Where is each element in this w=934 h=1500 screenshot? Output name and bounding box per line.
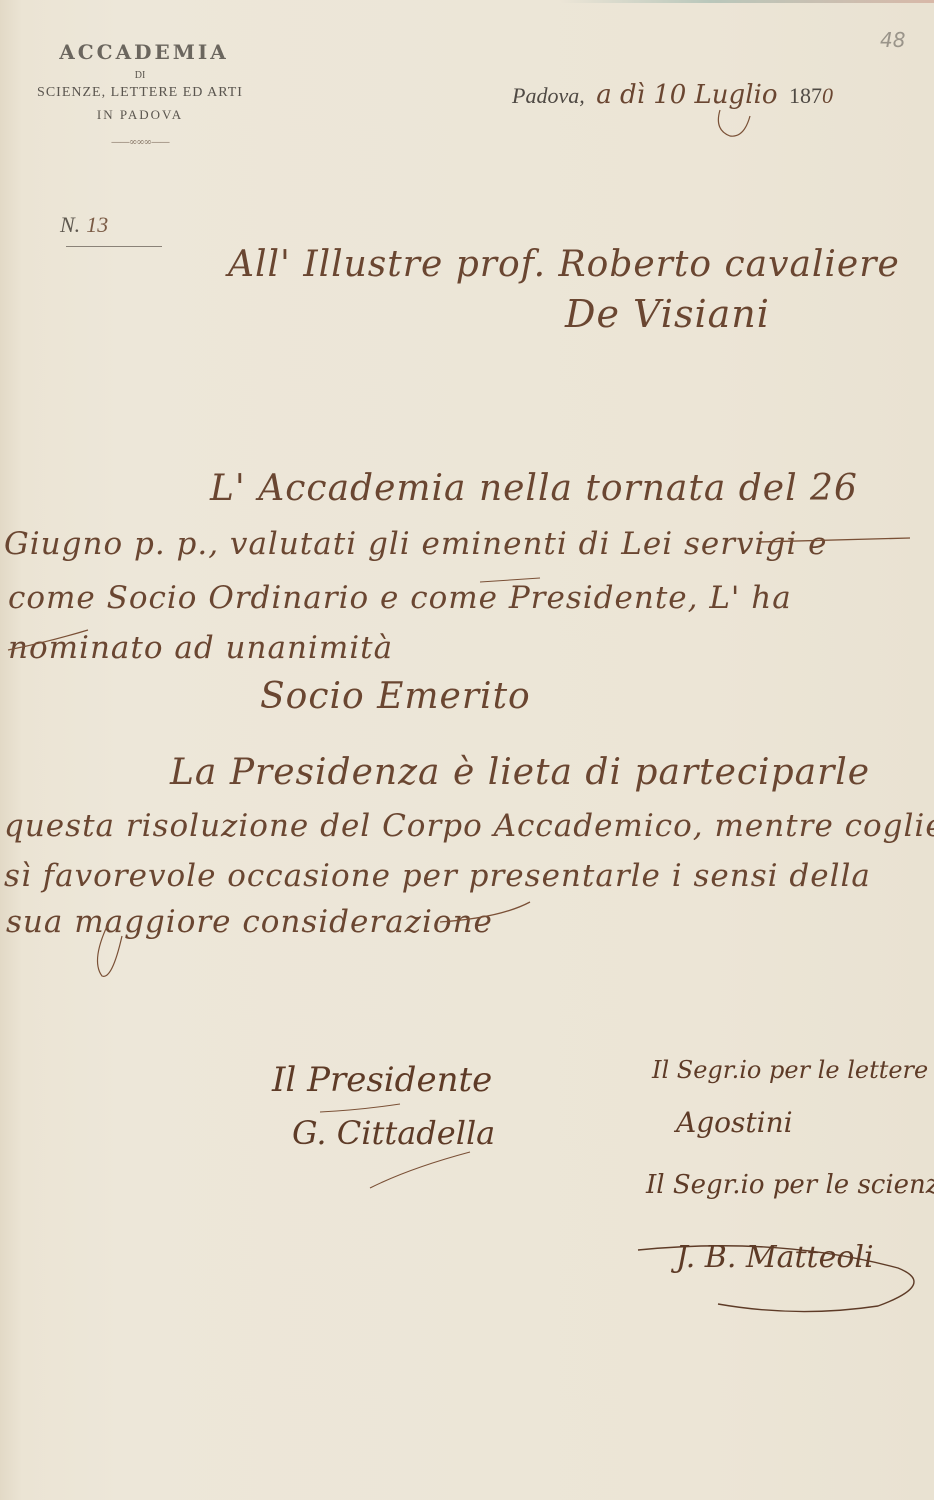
dateline-year-handwritten: 0 — [822, 83, 833, 108]
secretary-letters-title: Il Segr.io per le lettere — [652, 1056, 928, 1084]
protocol-value: 13 — [86, 212, 108, 237]
secretary-sciences-title: Il Segr.io per le scienze — [646, 1170, 934, 1200]
president-title: Il Presidente — [272, 1060, 492, 1100]
dateline-date: a dì 10 Luglio — [596, 80, 777, 110]
dateline-place: Padova, — [512, 83, 585, 108]
body-line-7: questa risoluzione del Corpo Accademico,… — [4, 808, 934, 844]
body-line-4: nominato ad unanimità — [8, 630, 393, 666]
body-line-9: sua maggiore considerazione — [6, 904, 493, 940]
letterhead-ornament: ——∞∞∞—— — [0, 137, 280, 148]
dateline-year-printed: 187 — [789, 83, 822, 108]
folio-number: 48 — [880, 28, 905, 52]
body-line-1: L' Accademia nella tornata del 26 — [210, 468, 858, 509]
letterhead-title: ACCADEMIA — [8, 40, 280, 64]
address-line-1: All' Illustre prof. Roberto cavaliere — [228, 244, 900, 285]
body-line-honor: Socio Emerito — [260, 676, 531, 717]
ink-flourishes — [0, 0, 934, 1500]
body-line-8: sì favorevole occasione per presentarle … — [4, 858, 871, 894]
protocol-label: N. — [60, 212, 80, 237]
body-line-2: Giugno p. p., valutati gli eminenti di L… — [4, 526, 827, 562]
page-top-edge — [560, 0, 934, 3]
body-line-6: La Presidenza è lieta di parteciparle — [170, 752, 870, 793]
protocol-rule — [66, 246, 162, 247]
body-line-3: come Socio Ordinario e come Presidente, … — [8, 580, 792, 616]
address-line-2: De Visiani — [565, 292, 770, 336]
president-signature: G. Cittadella — [292, 1114, 495, 1152]
letterhead-subtitle: SCIENZE, LETTERE ED ARTI — [0, 85, 280, 101]
letterhead: ACCADEMIA DI SCIENZE, LETTERE ED ARTI IN… — [0, 40, 280, 148]
letterhead-di: DI — [0, 70, 280, 81]
secretary-letters-signature: Agostini — [676, 1106, 793, 1139]
letterhead-location: IN PADOVA — [0, 107, 280, 123]
secretary-sciences-signature: J. B. Matteoli — [676, 1240, 874, 1275]
dateline: Padova, a dì 10 Luglio 1870 — [512, 80, 833, 110]
letter-page: 48 ACCADEMIA DI SCIENZE, LETTERE ED ARTI… — [0, 0, 934, 1500]
protocol-number: N.13 — [60, 212, 108, 238]
